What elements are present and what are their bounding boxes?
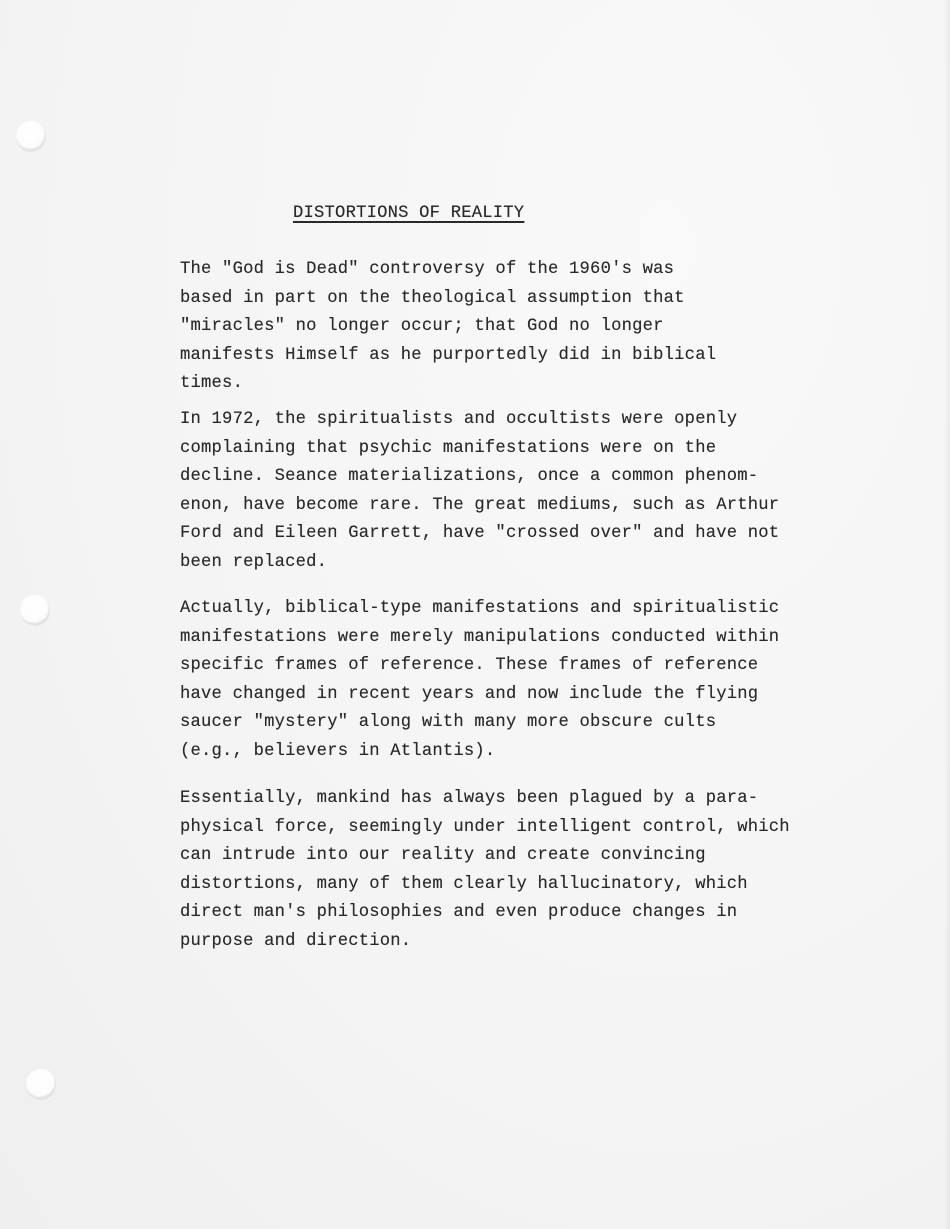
paragraph-spiritualists-1972: In 1972, the spiritualists and occultist… [180, 406, 779, 577]
paragraph-paraphysical-force: Essentially, mankind has always been pla… [180, 785, 790, 956]
text-line: Actually, biblical-type manifestations a… [180, 599, 779, 618]
paragraph-god-is-dead: The "God is Dead" controversy of the 196… [180, 256, 716, 399]
text-line: manifestations were merely manipulations… [180, 628, 779, 647]
text-line: Essentially, mankind has always been pla… [180, 789, 758, 808]
text-line: have changed in recent years and now inc… [180, 685, 758, 704]
hole-punch-top [16, 121, 46, 151]
text-line: times. [180, 374, 243, 393]
text-line: In 1972, the spiritualists and occultist… [180, 410, 737, 429]
text-line: distortions, many of them clearly halluc… [180, 875, 748, 894]
document-title: DISTORTIONS OF REALITY [293, 200, 524, 229]
text-line: specific frames of reference. These fram… [180, 656, 758, 675]
page-edge-shadow [944, 0, 950, 1229]
text-line: purpose and direction. [180, 932, 411, 951]
text-line: direct man's philosophies and even produ… [180, 903, 737, 922]
text-line: Ford and Eileen Garrett, have "crossed o… [180, 524, 779, 543]
text-line: can intrude into our reality and create … [180, 846, 706, 865]
text-line: enon, have become rare. The great medium… [180, 496, 779, 515]
text-line: physical force, seemingly under intellig… [180, 818, 790, 837]
text-line: saucer "mystery" along with many more ob… [180, 713, 716, 732]
hole-punch-bottom [26, 1069, 56, 1099]
text-line: "miracles" no longer occur; that God no … [180, 317, 664, 336]
text-line: (e.g., believers in Atlantis). [180, 742, 495, 761]
text-line: decline. Seance materializations, once a… [180, 467, 758, 486]
hole-punch-middle [20, 595, 50, 625]
text-line: based in part on the theological assumpt… [180, 289, 685, 308]
text-line: been replaced. [180, 553, 327, 572]
paragraph-frames-of-reference: Actually, biblical-type manifestations a… [180, 595, 779, 766]
text-line: The "God is Dead" controversy of the 196… [180, 260, 674, 279]
text-line: complaining that psychic manifestations … [180, 439, 716, 458]
text-line: manifests Himself as he purportedly did … [180, 346, 716, 365]
typewritten-page: DISTORTIONS OF REALITY The "God is Dead"… [0, 0, 950, 1229]
